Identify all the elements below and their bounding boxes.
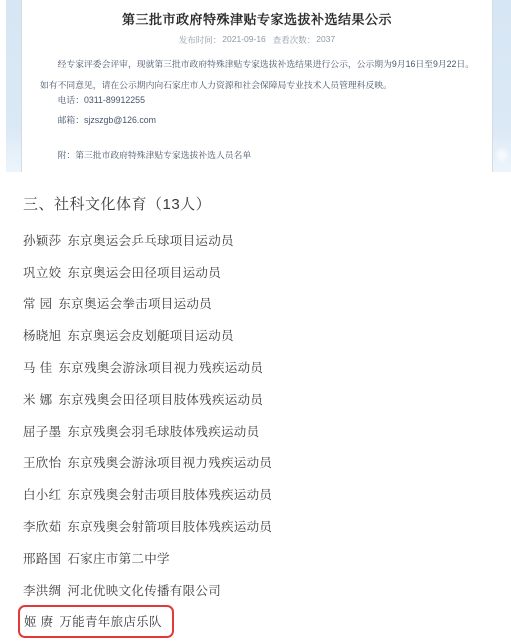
entry: 屈子墨东京残奥会羽毛球肢体残疾运动员 (23, 422, 259, 440)
entry: 邢路国石家庄市第二中学 (23, 549, 170, 567)
person-affiliation: 东京残奥会射箭项目肢体残疾运动员 (67, 517, 272, 535)
list-item: 李洪绸河北优映文化传播有限公司 (23, 574, 511, 606)
list-item: 孙颖莎东京奥运会乒乓球项目运动员 (23, 224, 511, 256)
publish-time-label: 发布时间： (179, 34, 222, 46)
person-name: 马 佳 (23, 358, 52, 376)
person-affiliation: 东京残奥会羽毛球肢体残疾运动员 (67, 422, 259, 440)
list-item: 白小红东京残奥会射击项目肢体残疾运动员 (23, 478, 511, 510)
entry: 白小红东京残奥会射击项目肢体残疾运动员 (23, 485, 272, 503)
list-item: 马 佳东京残奥会游泳项目视力残疾运动员 (23, 351, 511, 383)
page-background-strip-right (493, 0, 511, 172)
attachment-line: 附：第三批市政府特殊津贴专家选拔补选人员名单 (40, 149, 251, 161)
person-name: 姬 赓 (24, 612, 53, 630)
view-count-value: 2037 (316, 34, 335, 46)
page: { "page": { "title": "第三批市政府特殊津贴专家选拔补选结果… (0, 0, 511, 643)
page-title: 第三批市政府特殊津贴专家选拔补选结果公示 (22, 9, 492, 28)
list-item: 杨晓旭东京奥运会皮划艇项目运动员 (23, 319, 511, 351)
person-name: 白小红 (23, 485, 61, 503)
page-background-strip-left (6, 0, 21, 172)
entry-list: 孙颖莎东京奥运会乒乓球项目运动员巩立姣东京奥运会田径项目运动员常 园东京奥运会拳… (23, 224, 511, 637)
person-affiliation: 东京残奥会游泳项目视力残疾运动员 (67, 453, 272, 471)
list-item: 常 园东京奥运会拳击项目运动员 (23, 288, 511, 320)
list-item: 巩立姣东京奥运会田径项目运动员 (23, 256, 511, 288)
person-affiliation: 东京奥运会皮划艇项目运动员 (67, 326, 233, 344)
name-list-section: 三、社科文化体育（13人） 孙颖莎东京奥运会乒乓球项目运动员巩立姣东京奥运会田径… (0, 172, 511, 637)
notice-paragraph: 经专家评委会评审，现就第三批市政府特殊津贴专家选拔补选结果进行公示，公示期为9月… (40, 54, 478, 96)
person-affiliation: 东京奥运会乒乓球项目运动员 (67, 231, 233, 249)
entry: 米 娜东京残奥会田径项目肢体残疾运动员 (23, 390, 263, 408)
person-affiliation: 河北优映文化传播有限公司 (67, 581, 221, 599)
person-name: 米 娜 (23, 390, 52, 408)
person-name: 杨晓旭 (23, 326, 61, 344)
list-item: 李欣茹东京残奥会射箭项目肢体残疾运动员 (23, 510, 511, 542)
entry: 李欣茹东京残奥会射箭项目肢体残疾运动员 (23, 517, 272, 535)
list-item: 邢路国石家庄市第二中学 (23, 542, 511, 574)
meta-line: 发布时间：2021-09-16 查看次数：2037 (22, 34, 492, 46)
person-name: 孙颖莎 (23, 231, 61, 249)
list-item: 王欣怡东京残奥会游泳项目视力残疾运动员 (23, 447, 511, 479)
person-name: 巩立姣 (23, 263, 61, 281)
entry: 马 佳东京残奥会游泳项目视力残疾运动员 (23, 358, 263, 376)
person-name: 屈子墨 (23, 422, 61, 440)
email-line: 邮箱：sjzszgb@126.com (40, 114, 156, 126)
person-name: 李洪绸 (23, 581, 61, 599)
person-name: 常 园 (23, 294, 52, 312)
list-item: 姬 赓万能青年旅店乐队 (23, 606, 511, 638)
entry: 巩立姣东京奥运会田径项目运动员 (23, 263, 221, 281)
publish-time: 发布时间：2021-09-16 (179, 34, 266, 46)
person-affiliation: 万能青年旅店乐队 (59, 612, 161, 630)
person-affiliation: 石家庄市第二中学 (67, 549, 169, 567)
person-affiliation: 东京残奥会田径项目肢体残疾运动员 (58, 390, 263, 408)
phone-line: 电话：0311-89912255 (40, 94, 145, 106)
view-count: 查看次数：2037 (273, 34, 335, 46)
list-item: 屈子墨东京残奥会羽毛球肢体残疾运动员 (23, 415, 511, 447)
highlighted-entry-box: 姬 赓万能青年旅店乐队 (18, 605, 174, 638)
view-count-label: 查看次数： (273, 34, 316, 46)
entry: 杨晓旭东京奥运会皮划艇项目运动员 (23, 326, 234, 344)
list-item: 米 娜东京残奥会田径项目肢体残疾运动员 (23, 383, 511, 415)
person-affiliation: 东京奥运会田径项目运动员 (67, 263, 221, 281)
person-name: 邢路国 (23, 549, 61, 567)
person-affiliation: 东京奥运会拳击项目运动员 (58, 294, 212, 312)
announcement-header-section: 第三批市政府特殊津贴专家选拔补选结果公示 发布时间：2021-09-16 查看次… (0, 0, 511, 172)
entry: 李洪绸河北优映文化传播有限公司 (23, 581, 221, 599)
person-affiliation: 东京残奥会射击项目肢体残疾运动员 (67, 485, 272, 503)
entry: 王欣怡东京残奥会游泳项目视力残疾运动员 (23, 453, 272, 471)
entry: 常 园东京奥运会拳击项目运动员 (23, 294, 212, 312)
entry: 孙颖莎东京奥运会乒乓球项目运动员 (23, 231, 234, 249)
section-header: 三、社科文化体育（13人） (23, 172, 511, 214)
announcement-card: 第三批市政府特殊津贴专家选拔补选结果公示 发布时间：2021-09-16 查看次… (21, 0, 493, 172)
person-name: 王欣怡 (23, 453, 61, 471)
person-affiliation: 东京残奥会游泳项目视力残疾运动员 (58, 358, 263, 376)
publish-time-value: 2021-09-16 (222, 34, 265, 46)
person-name: 李欣茹 (23, 517, 61, 535)
